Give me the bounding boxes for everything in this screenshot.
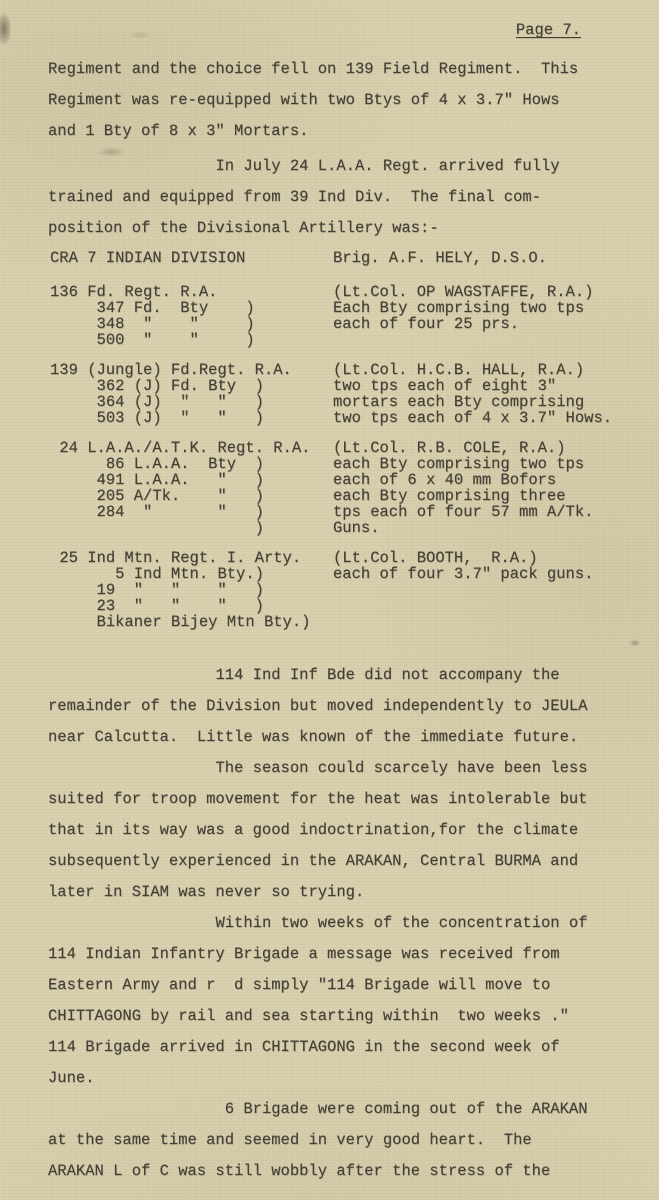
paragraph-regiment-choice: Regiment and the choice fell on 139 Fiel… xyxy=(48,54,659,147)
table-row-136-fd-regt: 136 Fd. Regt. R.A. 347 Fd. Bty ) 348 " "… xyxy=(50,284,659,348)
page-number: Page 7. xyxy=(516,21,581,39)
table-row-24-laa-atk-regt: 24 L.A.A./A.T.K. Regt. R.A. 86 L.A.A. Bt… xyxy=(50,440,659,536)
paragraph-chittagong-message: Within two weeks of the concentration of… xyxy=(48,908,659,1094)
paragraph-114-bde-move: 114 Ind Inf Bde did not accompany the re… xyxy=(48,660,659,753)
document-page: Page 7. Regiment and the choice fell on … xyxy=(0,0,659,1200)
detail-column: (Lt.Col. BOOTH, R.A.) each of four 3.7" … xyxy=(333,550,659,630)
paragraph-laa-regt-arrival: In July 24 L.A.A. Regt. arrived fully tr… xyxy=(48,151,659,244)
unit-column: 136 Fd. Regt. R.A. 347 Fd. Bty ) 348 " "… xyxy=(50,284,333,348)
detail-column: (Lt.Col. R.B. COLE, R.A.) each Bty compr… xyxy=(333,440,659,536)
artillery-composition-table: CRA 7 INDIAN DIVISION Brig. A.F. HELY, D… xyxy=(50,250,659,630)
unit-column: 24 L.A.A./A.T.K. Regt. R.A. 86 L.A.A. Bt… xyxy=(50,440,333,536)
unit-column: 139 (Jungle) Fd.Regt. R.A. 362 (J) Fd. B… xyxy=(50,362,333,426)
paragraph-6-brigade-arakan: 6 Brigade were coming out of the ARAKAN … xyxy=(48,1094,659,1187)
table-row-25-ind-mtn-regt: 25 Ind Mtn. Regt. I. Arty. 5 Ind Mtn. Bt… xyxy=(50,550,659,630)
ink-smudge-corner xyxy=(0,6,20,52)
unit-column: 25 Ind Mtn. Regt. I. Arty. 5 Ind Mtn. Bt… xyxy=(50,550,333,630)
paragraph-season-heat: The season could scarcely have been less… xyxy=(48,753,659,908)
page-header: Page 7. xyxy=(48,20,581,40)
cra-commander: Brig. A.F. HELY, D.S.O. xyxy=(333,250,659,266)
detail-column: (Lt.Col. H.C.B. HALL, R.A.) two tps each… xyxy=(333,362,659,426)
cra-division-title: CRA 7 INDIAN DIVISION xyxy=(50,250,333,266)
detail-column: (Lt.Col. OP WAGSTAFFE, R.A.) Each Bty co… xyxy=(333,284,659,348)
table-row-139-jungle-fd-regt: 139 (Jungle) Fd.Regt. R.A. 362 (J) Fd. B… xyxy=(50,362,659,426)
table-heading-row: CRA 7 INDIAN DIVISION Brig. A.F. HELY, D… xyxy=(50,250,659,266)
ink-speck xyxy=(624,636,646,650)
